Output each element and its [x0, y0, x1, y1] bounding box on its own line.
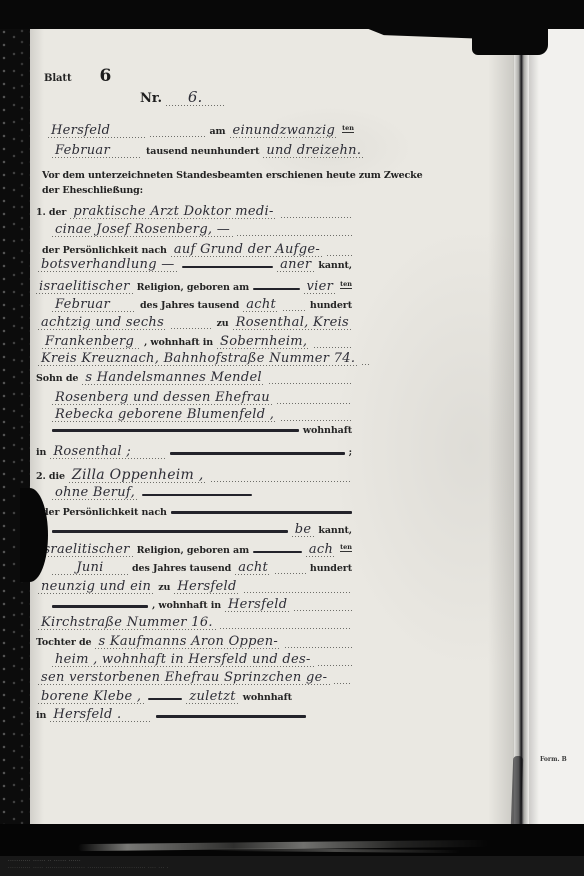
form-reference-note: Form. B	[540, 756, 567, 763]
dateline-month: Februar	[52, 143, 142, 158]
bride-num-label: 2. die	[36, 471, 65, 482]
bride-row-3: der Persönlichkeit nach	[42, 507, 352, 518]
groom-row-14: in Rosenthal ; ;	[36, 444, 352, 459]
bride-occupation: ohne Beruf,	[52, 485, 138, 500]
strike-dash	[253, 288, 299, 290]
archive-caption-line-1: ··········· ······ ·· ······ ······	[8, 858, 81, 864]
rule-fill	[294, 599, 352, 611]
groom-birth-place-2: Frankenberg	[42, 334, 140, 349]
groom-jahres-label: des Jahres tausend	[140, 300, 239, 311]
bride-jahres-label: des Jahres tausend	[132, 563, 231, 574]
bride-row-9: Kirchstraße Nummer 16.	[38, 615, 352, 630]
bride-row-12: sen verstorbenen Ehefrau Sprinzchen ge-	[38, 670, 352, 685]
next-page-edge: Form. B	[529, 28, 584, 824]
bride-parent-1: s Kaufmanns Aron Oppen-	[95, 634, 281, 649]
groom-century: acht	[243, 297, 279, 312]
bride-row-11: heim , wohnhaft in Hersfeld und des-	[52, 652, 352, 667]
bride-row-8: , wohnhaft in Hersfeld	[52, 597, 352, 612]
groom-wohnhaft-label-2: wohnhaft	[303, 425, 352, 436]
strike-dash	[52, 605, 148, 608]
rule-fill	[220, 617, 352, 629]
rule-fill	[362, 353, 370, 365]
am-label: am	[209, 126, 225, 137]
groom-row-11: Rosenberg und dessen Ehefrau	[52, 390, 352, 405]
groom-kannt-label: kannt,	[318, 260, 352, 271]
strike-dash	[182, 266, 274, 268]
groom-religion: israelitischer	[36, 279, 133, 294]
dateline-day: einundzwanzig	[230, 123, 339, 138]
bride-residence-2: Kirchstraße Nummer 16.	[38, 615, 216, 630]
bride-row-7: neunzig und ein zu Hersfeld	[38, 579, 352, 594]
groom-row-3: der Persönlichkeit nach auf Grund der Au…	[42, 242, 352, 257]
groom-semicolon: ;	[349, 447, 352, 458]
bride-wohnhaft-label-2: wohnhaft	[243, 692, 292, 703]
rule-fill	[275, 562, 306, 574]
intro-line-2: der Eheschließung:	[42, 185, 143, 196]
bride-last-residence: Hersfeld .	[50, 707, 152, 722]
bride-kannt-label: kannt,	[318, 525, 352, 536]
groom-birth-year: achtzig und sechs	[38, 315, 167, 330]
bride-century: acht	[235, 560, 271, 575]
groom-description-1: praktische Arzt Doktor medi-	[70, 204, 276, 219]
strike-dash	[171, 511, 352, 514]
rule-fill	[150, 125, 205, 137]
groom-row-5: israelitischer Religion, geboren am vier…	[36, 279, 352, 294]
groom-birth-month: Februar	[52, 297, 136, 312]
groom-persona-label: der Persönlichkeit nach	[42, 245, 167, 256]
bride-parent-3: sen verstorbenen Ehefrau Sprinzchen ge-	[38, 670, 330, 685]
groom-row-7: achtzig und sechs zu Rosenthal, Kreis	[38, 315, 352, 330]
bride-hundert-label: hundert	[310, 563, 352, 574]
strike-dash	[148, 698, 182, 700]
rule-fill	[327, 244, 352, 256]
nr-value: 6.	[166, 88, 224, 106]
groom-num-label: 1. der	[36, 207, 66, 218]
groom-row-9: Kreis Kreuznach, Bahnhofstraße Nummer 74…	[38, 351, 352, 366]
bride-birth-day: ach	[306, 542, 336, 557]
groom-parent-2: Rosenberg und dessen Ehefrau	[52, 390, 273, 405]
bride-zuletzt: zuletzt	[186, 689, 238, 704]
bride-row-1: 2. die Zilla Oppenheim ,	[36, 467, 352, 483]
groom-residence: Sobernheim,	[217, 334, 310, 349]
bride-parent-2: heim , wohnhaft in Hersfeld und des-	[52, 652, 314, 667]
rule-fill	[269, 372, 352, 384]
bride-parent-4: borene Klebe ,	[38, 689, 144, 704]
groom-parent-1: s Handelsmannes Mendel	[82, 370, 265, 385]
sheet-label: Blatt	[44, 73, 71, 84]
groom-birth-day: vier	[304, 279, 337, 294]
bride-row-5: israelitischer Religion, geboren am ach …	[36, 542, 352, 557]
rule-fill	[281, 206, 352, 218]
rule-fill	[237, 224, 352, 236]
page-gutter-shadow	[513, 27, 529, 839]
groom-row-10: Sohn de s Handelsmannes Mendel	[36, 370, 352, 385]
rule-fill	[334, 672, 352, 684]
groom-row-4: botsverhandlung — aner kannt,	[38, 257, 352, 272]
groom-zu-label: zu	[217, 318, 229, 329]
rule-fill	[277, 392, 352, 404]
sheet-number-row: Blatt 6	[44, 66, 111, 86]
groom-row-8: Frankenberg , wohnhaft in Sobernheim,	[42, 334, 352, 349]
groom-identified-2: botsverhandlung —	[38, 257, 178, 272]
scanned-marriage-record: Blatt 6 Nr. 6. Hersfeld am einundzwanzig…	[0, 0, 584, 876]
rule-fill	[244, 581, 352, 593]
record-number-row: Nr. 6.	[140, 88, 224, 106]
groom-religion-label: Religion, geboren am	[137, 282, 249, 293]
nr-label: Nr.	[140, 91, 162, 106]
groom-row-1: 1. der praktische Arzt Doktor medi-	[36, 204, 352, 219]
rule-fill	[281, 409, 352, 421]
dateline-place: Hersfeld	[48, 123, 146, 138]
groom-in-label: in	[36, 447, 46, 458]
intro-row-2: der Eheschließung:	[42, 185, 143, 196]
day-suffix: ten	[342, 124, 354, 133]
groom-identified-1: auf Grund der Aufge-	[171, 242, 323, 257]
groom-wohnhaft-label: , wohnhaft in	[144, 337, 213, 348]
bride-birth-place: Hersfeld	[174, 579, 239, 594]
dateline-year-row: Februar tausend neunhundert und dreizehn…	[52, 143, 354, 158]
strike-dash	[156, 715, 306, 718]
strike-dash	[142, 494, 252, 496]
groom-description-2: cinae Josef Rosenberg, —	[52, 222, 233, 237]
strike-dash	[52, 429, 299, 432]
groom-birth-place: Rosenthal, Kreis	[233, 315, 352, 330]
strike-dash	[170, 452, 344, 455]
rule-fill	[211, 470, 352, 482]
scan-border-top-corner	[472, 28, 548, 55]
bride-row-2: ohne Beruf,	[52, 485, 352, 500]
bride-birth-month: Juni	[52, 560, 128, 575]
rule-fill	[171, 317, 212, 329]
groom-hundert-label: hundert	[310, 300, 352, 311]
record-page: Blatt 6 Nr. 6. Hersfeld am einundzwanzig…	[30, 28, 514, 828]
rule-fill	[318, 654, 352, 666]
groom-day-suffix: ten	[340, 280, 352, 289]
bride-residence: Hersfeld	[225, 597, 290, 612]
thousand-label: tausend neunhundert	[146, 146, 259, 157]
rule-fill	[314, 336, 352, 348]
scan-border-left	[0, 0, 30, 876]
spacer	[310, 709, 352, 721]
bride-in-label: in	[36, 710, 46, 721]
archive-caption-line-2: ··········· ····· ··················· ··…	[8, 865, 169, 871]
spacer	[256, 487, 352, 499]
intro-line-1: Vor dem unterzeichneten Standesbeamten e…	[42, 170, 423, 181]
groom-residence-2: Kreis Kreuznach, Bahnhofstraße Nummer 74…	[38, 351, 358, 366]
dateline-year-rest: und dreizehn.	[263, 143, 364, 158]
bride-tochter-label: Tochter de	[36, 637, 91, 648]
dateline-place-row: Hersfeld am einundzwanzig ten	[48, 123, 354, 138]
rule-fill	[283, 299, 306, 311]
bride-row-14: in Hersfeld .	[36, 707, 352, 722]
bride-persona-label: der Persönlichkeit nach	[42, 507, 167, 518]
strike-dash	[52, 530, 288, 533]
bride-row-10: Tochter de s Kaufmanns Aron Oppen-	[36, 634, 352, 649]
groom-identified-3: aner	[277, 257, 314, 272]
sheet-number: 6	[99, 66, 111, 86]
strike-dash	[253, 551, 302, 553]
groom-row-6: Februar des Jahres tausend acht hundert	[52, 297, 352, 312]
bride-wohnhaft-label: , wohnhaft in	[152, 600, 221, 611]
groom-row-13: wohnhaft	[52, 425, 352, 436]
bride-row-4: be kannt,	[52, 522, 352, 537]
bride-religion: israelitischer	[36, 542, 133, 557]
bride-row-13: borene Klebe , zuletzt wohnhaft	[38, 689, 352, 704]
rule-fill	[285, 636, 352, 648]
groom-parent-residence: Rosenthal ;	[50, 444, 166, 459]
groom-row-2: cinae Josef Rosenberg, —	[52, 222, 352, 237]
bride-name: Zilla Oppenheim ,	[69, 467, 207, 483]
bride-birth-year: neunzig und ein	[38, 579, 154, 594]
groom-parent-3: Rebecka geborene Blumenfeld ,	[52, 407, 277, 422]
scan-border-top	[0, 0, 584, 29]
groom-row-12: Rebecka geborene Blumenfeld ,	[52, 407, 352, 422]
groom-sohn-label: Sohn de	[36, 373, 78, 384]
bride-day-suffix: ten	[340, 543, 352, 552]
bride-row-6: Juni des Jahres tausend acht hundert	[52, 560, 352, 575]
bride-religion-label: Religion, geboren am	[137, 545, 249, 556]
archive-caption-strip: ··········· ······ ·· ······ ······ ····…	[0, 856, 584, 876]
bride-zu-label: zu	[158, 582, 170, 593]
intro-row-1: Vor dem unterzeichneten Standesbeamten e…	[42, 170, 423, 181]
bride-be: be	[292, 522, 315, 537]
